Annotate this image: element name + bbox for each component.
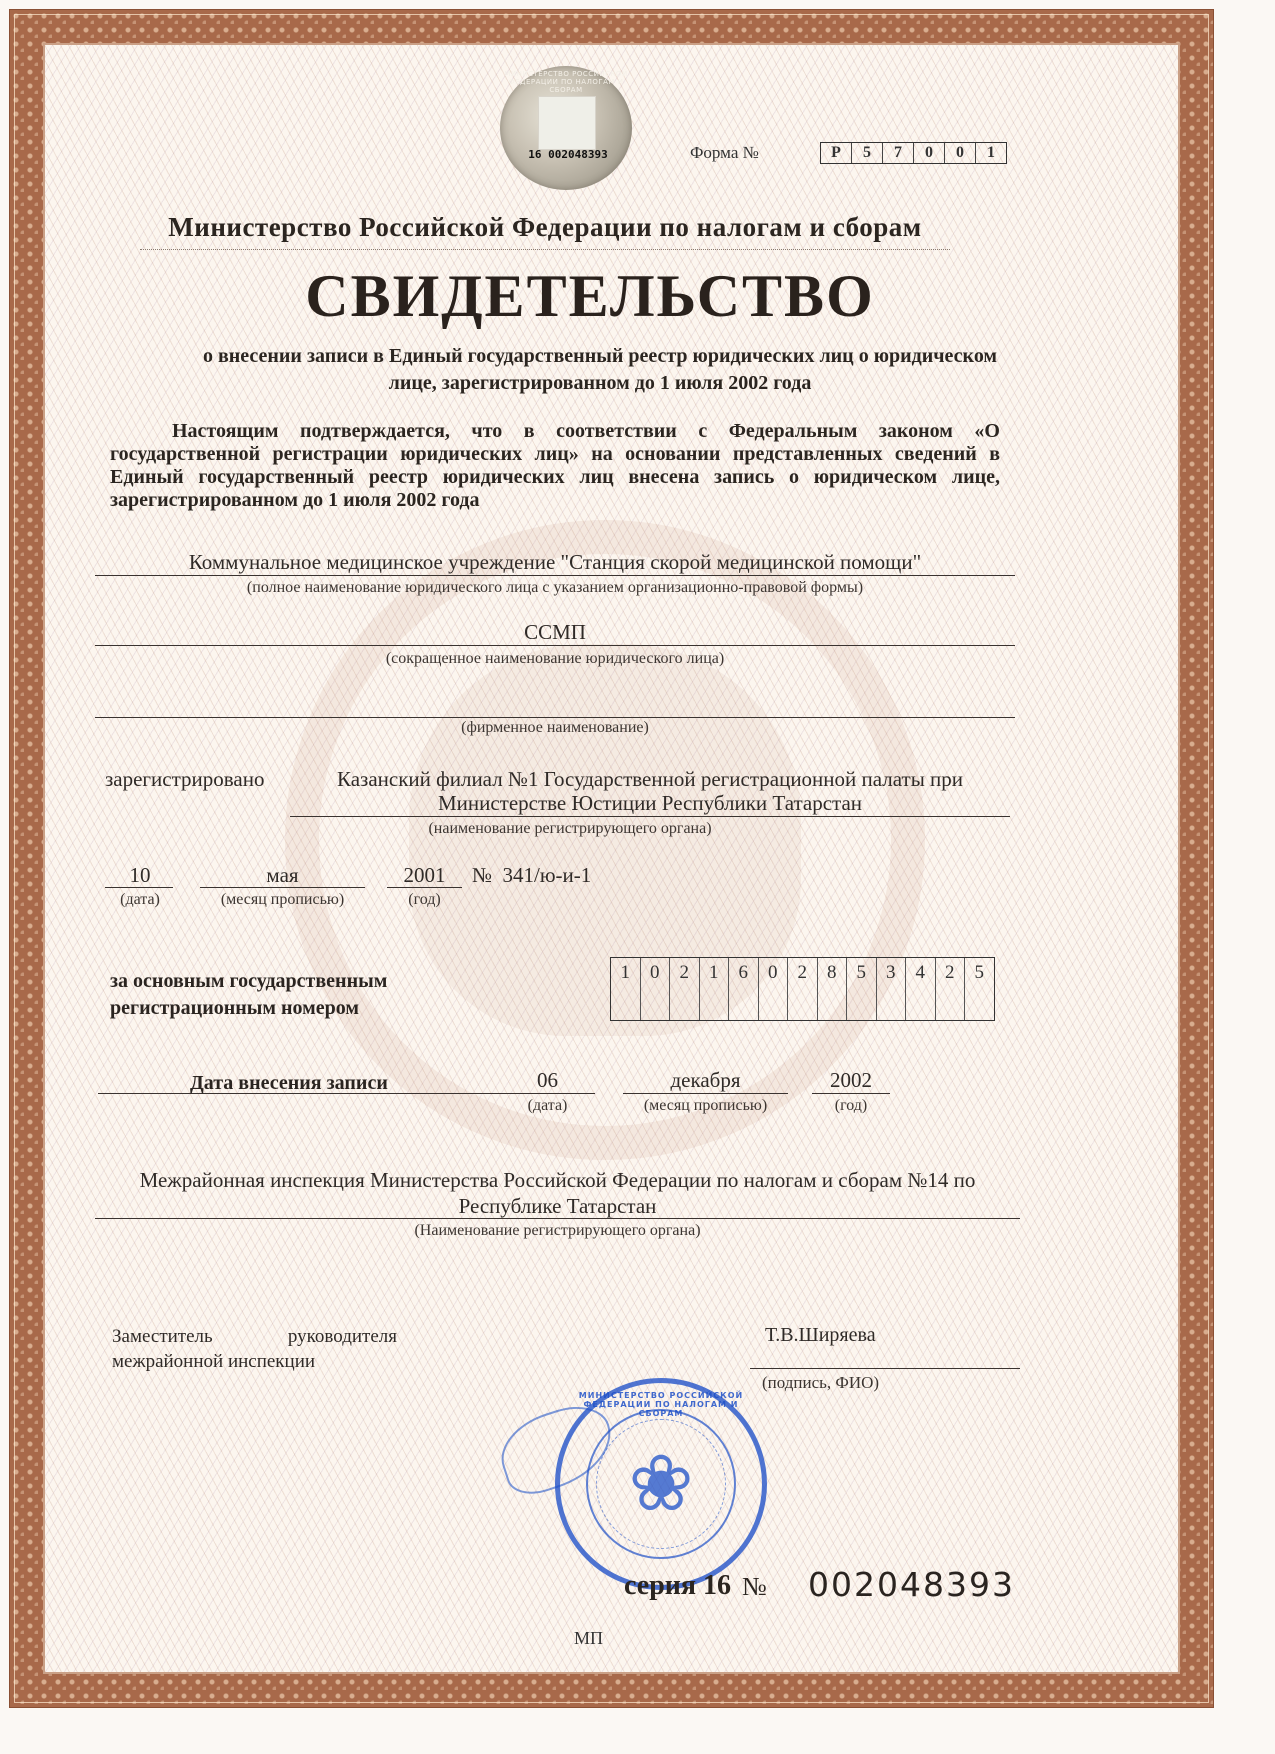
- issuer-line-1: Межрайонная инспекция Министерства Росси…: [95, 1168, 1020, 1193]
- form-code-char: 5: [851, 143, 882, 163]
- entity-short-name: ССМП: [95, 620, 1015, 645]
- registration-authority-caption: (наименование регистрирующего органа): [290, 820, 850, 838]
- number-sign: №: [742, 1572, 767, 1602]
- ogrn-digit: 0: [640, 958, 670, 1020]
- entity-short-name-caption: (сокращенное наименование юридического л…: [95, 650, 1015, 668]
- registration-month-caption: (месяц прописью): [200, 891, 365, 909]
- issuer-caption: (Наименование регистрирующего органа): [95, 1222, 1020, 1240]
- underline: [95, 575, 1015, 576]
- form-code-char: Р: [821, 143, 851, 163]
- signatory-position-line-1: Заместитель руководителя: [112, 1326, 397, 1348]
- entity-full-name: Коммунальное медицинское учреждение "Ста…: [95, 550, 1015, 575]
- ministry-heading: Министерство Российской Федерации по нал…: [140, 212, 950, 250]
- form-number-label: Форма №: [690, 143, 759, 163]
- hologram-emblem-icon: [538, 96, 596, 150]
- ogrn-digit: 2: [669, 958, 699, 1020]
- ogrn-digit: 5: [964, 958, 994, 1020]
- underline: [812, 1093, 890, 1094]
- entry-day-caption: (дата): [500, 1097, 595, 1115]
- form-code-char: 0: [913, 143, 944, 163]
- ogrn-label: за основным государственным регистрацион…: [110, 968, 387, 1022]
- registration-month: мая: [200, 863, 365, 888]
- signatory-name: Т.В.Ширяева: [765, 1324, 876, 1347]
- ogrn-digit: 6: [728, 958, 758, 1020]
- entry-month: декабря: [623, 1068, 788, 1093]
- underline: [95, 645, 1015, 646]
- form-code-char: 7: [882, 143, 913, 163]
- registration-year-caption: (год): [387, 891, 462, 909]
- registration-day-caption: (дата): [105, 891, 175, 909]
- form-code-char: 1: [975, 143, 1006, 163]
- entry-day: 06: [500, 1068, 595, 1093]
- ogrn-label-line-2: регистрационным номером: [110, 995, 387, 1022]
- underline: [387, 887, 462, 888]
- underline: [95, 1218, 1020, 1219]
- document-subtitle: о внесении записи в Единый государственн…: [100, 343, 1100, 397]
- registration-day: 10: [105, 863, 175, 888]
- entry-year: 2002: [812, 1068, 890, 1093]
- ogrn-label-line-1: за основным государственным: [110, 968, 387, 995]
- ogrn-digit: 0: [758, 958, 788, 1020]
- registration-authority-line-2: Министерстве Юстиции Республики Татарста…: [290, 791, 1010, 816]
- ogrn-digit: 4: [905, 958, 935, 1020]
- signatory-position-line-2: межрайонной инспекции: [112, 1351, 315, 1373]
- underline: [750, 1368, 1020, 1369]
- ogrn-digit: 2: [935, 958, 965, 1020]
- signatory-caption: (подпись, ФИО): [762, 1373, 879, 1393]
- underline: [200, 887, 365, 888]
- issuer-line-2: Республике Татарстан: [95, 1194, 1020, 1219]
- certificate-serial-number: 002048393: [808, 1565, 1015, 1604]
- ogrn-digit: 1: [699, 958, 729, 1020]
- certification-paragraph: Настоящим подтверждается, что в соответс…: [110, 420, 1000, 512]
- underline: [623, 1093, 788, 1094]
- document-title: СВИДЕТЕЛЬСТВО: [100, 262, 1080, 331]
- entry-month-caption: (месяц прописью): [623, 1097, 788, 1115]
- double-headed-eagle-icon: ❀: [618, 1433, 704, 1535]
- ogrn-digit: 3: [876, 958, 906, 1020]
- series-label: серия 16: [624, 1570, 731, 1602]
- form-code-char: 0: [944, 143, 975, 163]
- entry-date-label: Дата внесения записи: [190, 1072, 388, 1095]
- registration-authority-line-1: Казанский филиал №1 Государственной реги…: [290, 767, 1010, 792]
- hologram-ring-text: МИНИСТЕРСТВО РОССИЙСКОЙ ФЕДЕРАЦИИ ПО НАЛ…: [500, 70, 632, 94]
- ogrn-digit: 5: [846, 958, 876, 1020]
- ogrn-digit: 8: [817, 958, 847, 1020]
- subtitle-line-2: лице, зарегистрированном до 1 июля 2002 …: [100, 370, 1100, 397]
- subtitle-line-1: о внесении записи в Единый государственн…: [100, 343, 1100, 370]
- entity-full-name-caption: (полное наименование юридического лица с…: [95, 579, 1015, 597]
- ogrn-digit: 2: [787, 958, 817, 1020]
- watermark-emblem: [285, 520, 925, 1160]
- underline: [105, 887, 173, 888]
- official-stamp: МИНИСТЕРСТВО РОССИЙСКОЙ ФЕДЕРАЦИИ ПО НАЛ…: [555, 1378, 767, 1590]
- ogrn-digit-boxes: 1021602853425: [610, 957, 995, 1021]
- entity-brand-name-caption: (фирменное наименование): [95, 719, 1015, 737]
- underline: [290, 816, 1010, 817]
- form-number-boxes: Р 5 7 0 0 1: [820, 142, 1007, 164]
- ogrn-digit: 1: [611, 958, 640, 1020]
- registration-year: 2001: [387, 863, 462, 888]
- registered-label: зарегистрировано: [105, 767, 264, 792]
- registration-number: № 341/ю-и-1: [472, 863, 591, 888]
- hologram-serial: 16 002048393: [518, 148, 618, 161]
- seal-place-mark: МП: [574, 1628, 603, 1649]
- hologram-sticker: МИНИСТЕРСТВО РОССИЙСКОЙ ФЕДЕРАЦИИ ПО НАЛ…: [500, 66, 632, 190]
- entry-year-caption: (год): [812, 1097, 890, 1115]
